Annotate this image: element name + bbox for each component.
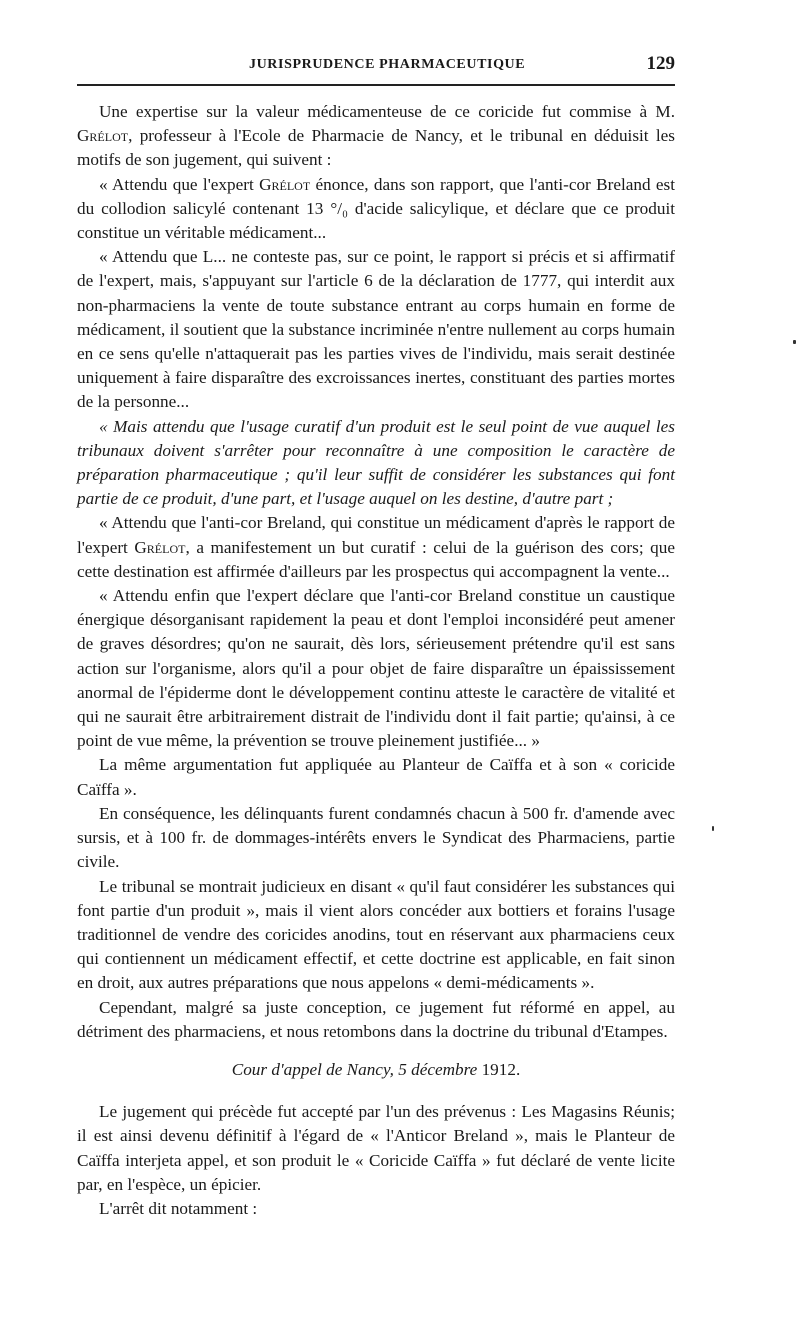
paragraphs-after-heading: Le jugement qui précède fut accepté par …: [77, 1100, 675, 1221]
paragraph-text: Une expertise sur la valeur médicamenteu…: [99, 102, 675, 121]
person-name: Grélot: [259, 175, 310, 194]
section-heading-court: Cour d'appel de Nancy, 5 décembre: [232, 1060, 482, 1079]
header-rule: [77, 84, 675, 86]
page-header: JURISPRUDENCE PHARMACEUTIQUE 129: [77, 55, 677, 79]
paragraph-text: « Attendu que L... ne conteste pas, sur …: [77, 247, 675, 411]
paragraph-text: « Attendu enfin que l'expert déclare que…: [77, 586, 675, 750]
paragraph-text: Le jugement qui précède fut accepté par …: [77, 1102, 675, 1194]
paragraph-text: , professeur à l'Ecole de Pharmacie de N…: [77, 126, 675, 169]
paragraph-text: En conséquence, les délinquants furent c…: [77, 804, 675, 871]
paragraph-text: Cependant, malgré sa juste conception, c…: [77, 998, 675, 1041]
paragraph: Une expertise sur la valeur médicamenteu…: [77, 100, 675, 173]
paragraph: En conséquence, les délinquants furent c…: [77, 802, 675, 875]
body-text: Une expertise sur la valeur médicamenteu…: [77, 100, 675, 1221]
paragraph-text: Le tribunal se montrait judicieux en dis…: [77, 877, 675, 993]
page-number: 129: [647, 53, 676, 75]
person-name: Grélot: [134, 538, 185, 557]
paragraph: Cependant, malgré sa juste conception, c…: [77, 996, 675, 1044]
paragraph: « Attendu que l'expert Grélot énonce, da…: [77, 173, 675, 246]
print-speck: [793, 340, 796, 344]
paragraph: Le tribunal se montrait judicieux en dis…: [77, 875, 675, 996]
paragraph: « Mais attendu que l'usage curatif d'un …: [77, 415, 675, 512]
paragraph: « Attendu que L... ne conteste pas, sur …: [77, 245, 675, 414]
paragraphs-before-heading: Une expertise sur la valeur médicamenteu…: [77, 100, 675, 1044]
paragraph-text: L'arrêt dit notamment :: [99, 1199, 257, 1218]
paragraph: La même argumentation fut appliquée au P…: [77, 753, 675, 801]
print-speck: [712, 826, 714, 831]
person-name: Grélot: [77, 126, 128, 145]
paragraph: Le jugement qui précède fut accepté par …: [77, 1100, 675, 1197]
section-heading: Cour d'appel de Nancy, 5 décembre 1912.: [77, 1058, 675, 1082]
paragraph-text: La même argumentation fut appliquée au P…: [77, 755, 675, 798]
paragraph-text: « Mais attendu que l'usage curatif d'un …: [77, 417, 675, 509]
paragraph: « Attendu que l'anti-cor Breland, qui co…: [77, 511, 675, 584]
running-title: JURISPRUDENCE PHARMACEUTIQUE: [249, 57, 525, 73]
paragraph: « Attendu enfin que l'expert déclare que…: [77, 584, 675, 753]
section-heading-year: 1912.: [482, 1060, 521, 1079]
paragraph-text: « Attendu que l'expert: [99, 175, 259, 194]
paragraph: L'arrêt dit notamment :: [77, 1197, 675, 1221]
